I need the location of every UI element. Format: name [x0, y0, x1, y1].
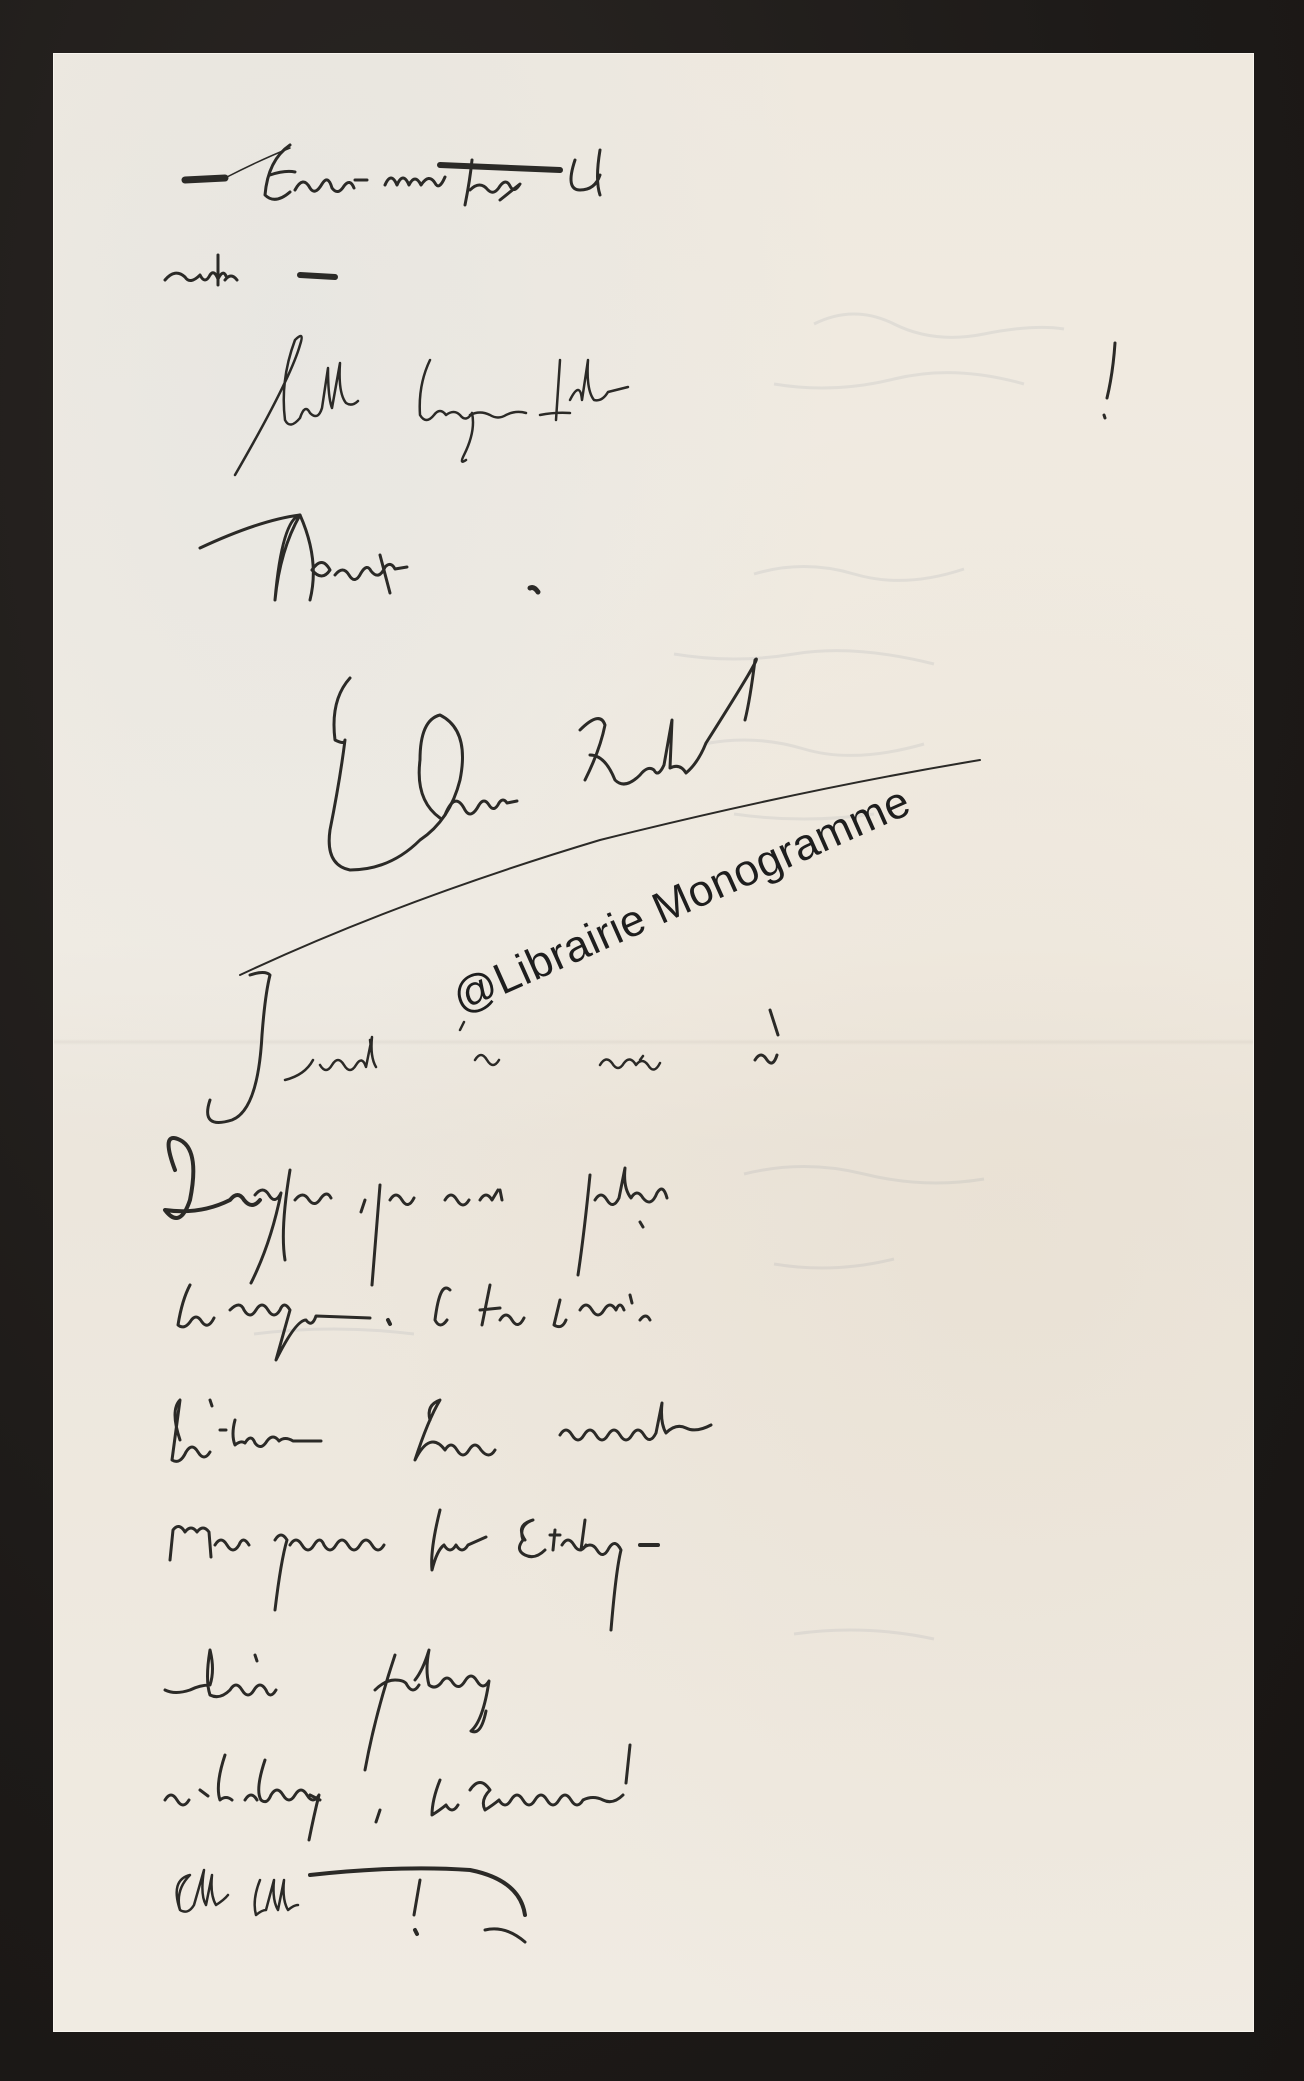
- handwritten-line-4: [200, 515, 538, 600]
- handwritten-line-10: [170, 1510, 658, 1630]
- handwritten-line-1: [185, 145, 600, 205]
- handwritten-line-9: [172, 1400, 711, 1461]
- handwritten-line-13: [177, 1868, 525, 1942]
- handwriting-ink: [0, 0, 1304, 2081]
- handwritten-line-3: [235, 336, 1115, 475]
- handwritten-line-7: [165, 1138, 667, 1285]
- handwritten-line-8: [178, 1285, 650, 1360]
- handwritten-line-12: [165, 1745, 630, 1840]
- handwritten-line-11: [165, 1650, 489, 1770]
- handwritten-line-2: [165, 255, 335, 285]
